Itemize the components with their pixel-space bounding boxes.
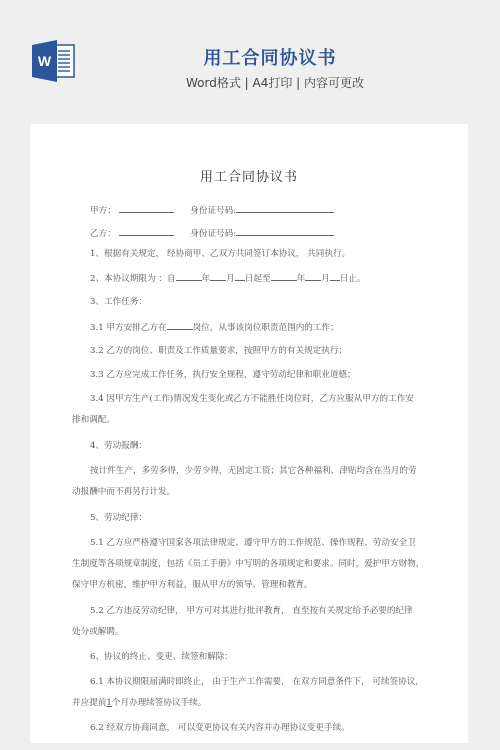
party-b-id-label: 身份证号码:	[190, 229, 236, 239]
clause-2: 2、本协议期限为 ：自年月日起至年月日止。	[90, 271, 366, 284]
section-4-para-line-2: 动报酬中而不再另行计发。	[72, 485, 175, 497]
position-blank	[167, 320, 193, 330]
blank	[210, 271, 226, 281]
clause-6-1-line-2: 并应提前1个月办理续签协议手续。	[72, 696, 206, 708]
clause-6-1-line-1: 6.1 本协议期限届满时即终止， 由于生产工作需要， 在双方同意条件下， 可续签…	[90, 675, 424, 687]
month-label: 月	[321, 274, 330, 284]
clause-5-1-line-2: 生制度等各项规章制度，包括《员工手册》中写明的各项规定和要求。同时，爱护甲方财物…	[72, 557, 424, 569]
party-b-row: 乙方： 身份证号码:	[90, 226, 334, 239]
year-label: 年	[202, 274, 211, 284]
blank	[271, 271, 297, 281]
party-a-blank	[119, 203, 174, 213]
clause-5-1-line-3: 保守甲方机密，维护甲方利益，服从甲方的领导、管理和教育。	[72, 578, 313, 590]
month-label: 月	[226, 274, 235, 284]
banner-subtitle: Word格式 | A4打印 | 内容可更改	[0, 74, 500, 91]
blank	[330, 271, 340, 281]
clause-5-2-line-2: 处分或解聘。	[72, 625, 124, 637]
clause-5-1-line-1: 5.1 乙方应严格遵守国家各项法律规定、遵守甲方的工作规范、操作规程、劳动安全卫	[90, 536, 416, 548]
clause-1: 1、根据有关规定， 经协商甲、乙双方共同签订本协议， 共同执行。	[90, 247, 350, 259]
party-b-id-blank	[236, 226, 334, 236]
section-3-heading: 3、工作任务：	[90, 295, 147, 307]
banner: W 用工合同协议书 Word格式 | A4打印 | 内容可更改	[0, 0, 500, 124]
clause-6-1-prefix: 并应提前	[72, 698, 106, 708]
document-page: 用工合同协议书 甲方： 身份证号码: 乙方： 身份证号码: 1、根据有关规定， …	[30, 124, 468, 743]
party-a-id-label: 身份证号码:	[190, 206, 236, 216]
section-4-heading: 4、劳动报酬：	[90, 439, 147, 451]
section-6-heading: 6、协议的终止、变更、续签和解除：	[90, 650, 233, 662]
clause-3-1-suffix: 岗位，从事该岗位职责范围内的工作；	[193, 323, 339, 333]
party-b-blank	[119, 226, 174, 236]
party-b-label: 乙方：	[90, 229, 116, 239]
clause-2-prefix: 2、本协议期限为 ：自	[90, 274, 176, 284]
clause-3-1-prefix: 3.1 甲方安排乙方在	[90, 323, 167, 333]
section-4-para-line-1: 按计件生产，多劳多得，少劳少得，无固定工资；其它各种福利、津贴均含在当月的劳	[90, 464, 417, 476]
clause-3-4-line-1: 3.4 因甲方生产(工作)情况发生变化或乙方不能胜任岗位时，乙方应服从甲方的工作…	[90, 392, 414, 404]
year-label: 年	[297, 274, 306, 284]
section-5-heading: 5、劳动纪律：	[90, 511, 147, 523]
day-from-label: 日起至	[245, 274, 271, 284]
clause-6-1-suffix: 个月办理续签协议手续。	[112, 698, 207, 708]
party-a-row: 甲方： 身份证号码:	[90, 203, 334, 216]
clause-3-2: 3.2 乙方的岗位、职责及工作质量要求，按照甲方的有关规定执行；	[90, 344, 347, 356]
party-a-id-blank	[236, 203, 334, 213]
clause-6-2: 6.2 经双方协商同意， 可以变更协议有关内容并办理协议变更手续。	[90, 721, 350, 733]
blank	[305, 271, 321, 281]
blank	[176, 271, 202, 281]
clause-3-1: 3.1 甲方安排乙方在岗位，从事该岗位职责范围内的工作；	[90, 320, 339, 333]
blank	[235, 271, 245, 281]
document-title: 用工合同协议书	[30, 166, 468, 185]
clause-3-3: 3.3 乙方应完成工作任务，执行安全规程，遵守劳动纪律和职业道德；	[90, 368, 356, 380]
day-to-label: 日止。	[340, 274, 366, 284]
clause-3-4-line-2: 排和调配。	[72, 413, 115, 425]
party-a-label: 甲方：	[90, 206, 116, 216]
clause-5-2-line-1: 5.2 乙方违反劳动纪律， 甲方可对其进行批评教育， 直至按有关规定给予必要的纪…	[90, 604, 413, 616]
banner-title: 用工合同协议书	[0, 44, 500, 70]
